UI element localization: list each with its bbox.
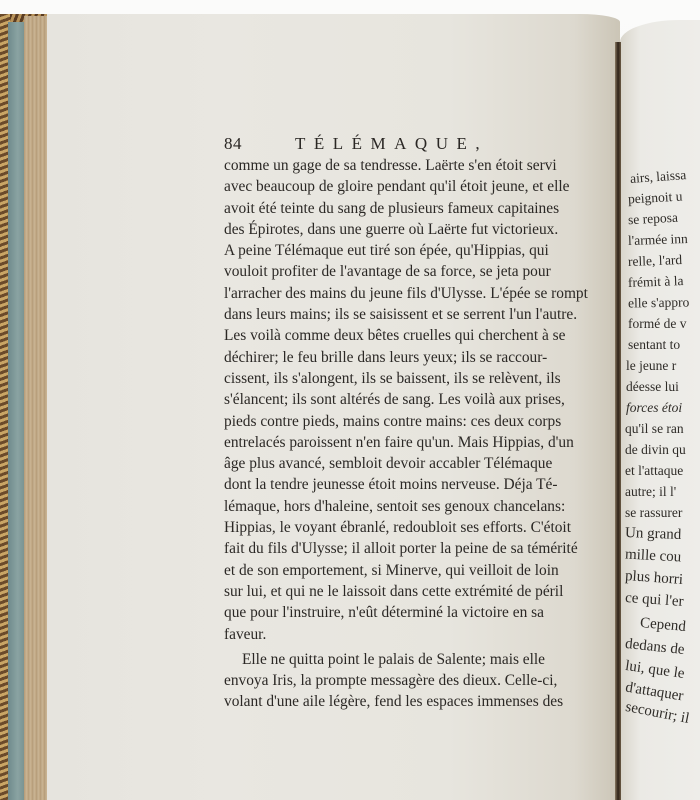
text-line: sur lui, et qui ne le laissoit dans cett… [224,581,544,602]
right-line: qu'il se ran [625,418,684,439]
text-line: des Épirotes, dans une guerre où Laërte … [224,219,544,240]
text-line: fait du fils d'Ulysse; il alloit porter … [224,538,544,559]
right-line: déesse lui [626,376,679,397]
right-line: elle s'appro [628,291,690,313]
text-line: comme un gage de sa tendresse. Laërte s'… [224,155,544,176]
text-line: lémaque, hors d'haleine, sentoit ses gen… [224,496,544,517]
text-line: âge plus avancé, sembloit devoir accable… [224,453,544,474]
text-line: avoit été teinte du sang de plusieurs fa… [224,198,544,219]
cover-board-edge [8,22,24,800]
book-gutter [615,42,621,800]
right-line: plus horri [624,566,683,591]
right-line: le jeune r [626,355,676,376]
text-line: vouloit profiter de l'avantage de sa for… [224,261,544,282]
right-line: autre; il l' [625,481,676,502]
text-line: Hippias, le voyant ébranlé, redoubloit s… [224,517,544,538]
text-line: faveur. [224,624,544,645]
right-line: se rassurer [625,502,682,523]
right-line: mille cou [624,545,681,569]
right-line: l'armée inn [628,228,688,251]
right-line: se reposa [627,207,678,231]
text-line: avec beaucoup de gloire pendant qu'il ét… [224,176,544,197]
right-line: frémit à la [628,270,684,293]
right-page: airs, laissa peignoit u se reposa l'armé… [620,20,700,800]
text-line: Les voilà comme deux bêtes cruelles qui … [224,325,544,346]
text-line: s'élancent; ils sont altérés de sang. Le… [224,389,544,410]
text-line: et de son emportement, si Minerve, qui v… [224,560,544,581]
text-line: l'arracher des mains du jeune fils d'Uly… [224,283,544,304]
right-line: forces étoi [626,397,682,418]
right-line: relle, l'ard [628,249,683,272]
text-line: dont la tendre jeunesse étoit moins nerv… [224,474,544,495]
right-line: de divin qu [625,439,686,460]
running-head: 84 TÉLÉMAQUE, [224,134,544,156]
text-line: que pour l'instruire, n'eût déterminé la… [224,602,544,623]
right-line: et l'attaque [625,460,683,481]
text-line-paragraph-start: Elle ne quitta point le palais de Salent… [224,649,544,670]
text-line: cissent, ils s'alongent, ils se baissent… [224,368,544,389]
right-line: Un grand [625,523,682,546]
right-line: Cepend [639,613,686,638]
text-line: pieds contre pieds, mains contre mains: … [224,411,544,432]
text-line: dans leurs mains; ils se saisissent et s… [224,304,544,325]
running-title: TÉLÉMAQUE, [295,134,488,154]
text-line: entrelacés paroissent n'en faire qu'un. … [224,432,544,453]
text-line: déchirer; le feu brille dans leurs yeux;… [224,347,544,368]
page-number: 84 [224,134,242,154]
right-line: ce qui l'er [624,588,684,613]
right-line: formé de v [628,313,686,334]
text-line: volant d'une aile légère, fend les espac… [224,691,544,712]
right-line: sentant to [628,334,680,355]
text-line: envoya Iris, la prompte messagère des di… [224,670,544,691]
page-stack-edge [24,16,48,800]
text-line: A peine Télémaque eut tiré son épée, qu'… [224,240,544,261]
body-text: comme un gage de sa tendresse. Laërte s'… [224,155,544,713]
